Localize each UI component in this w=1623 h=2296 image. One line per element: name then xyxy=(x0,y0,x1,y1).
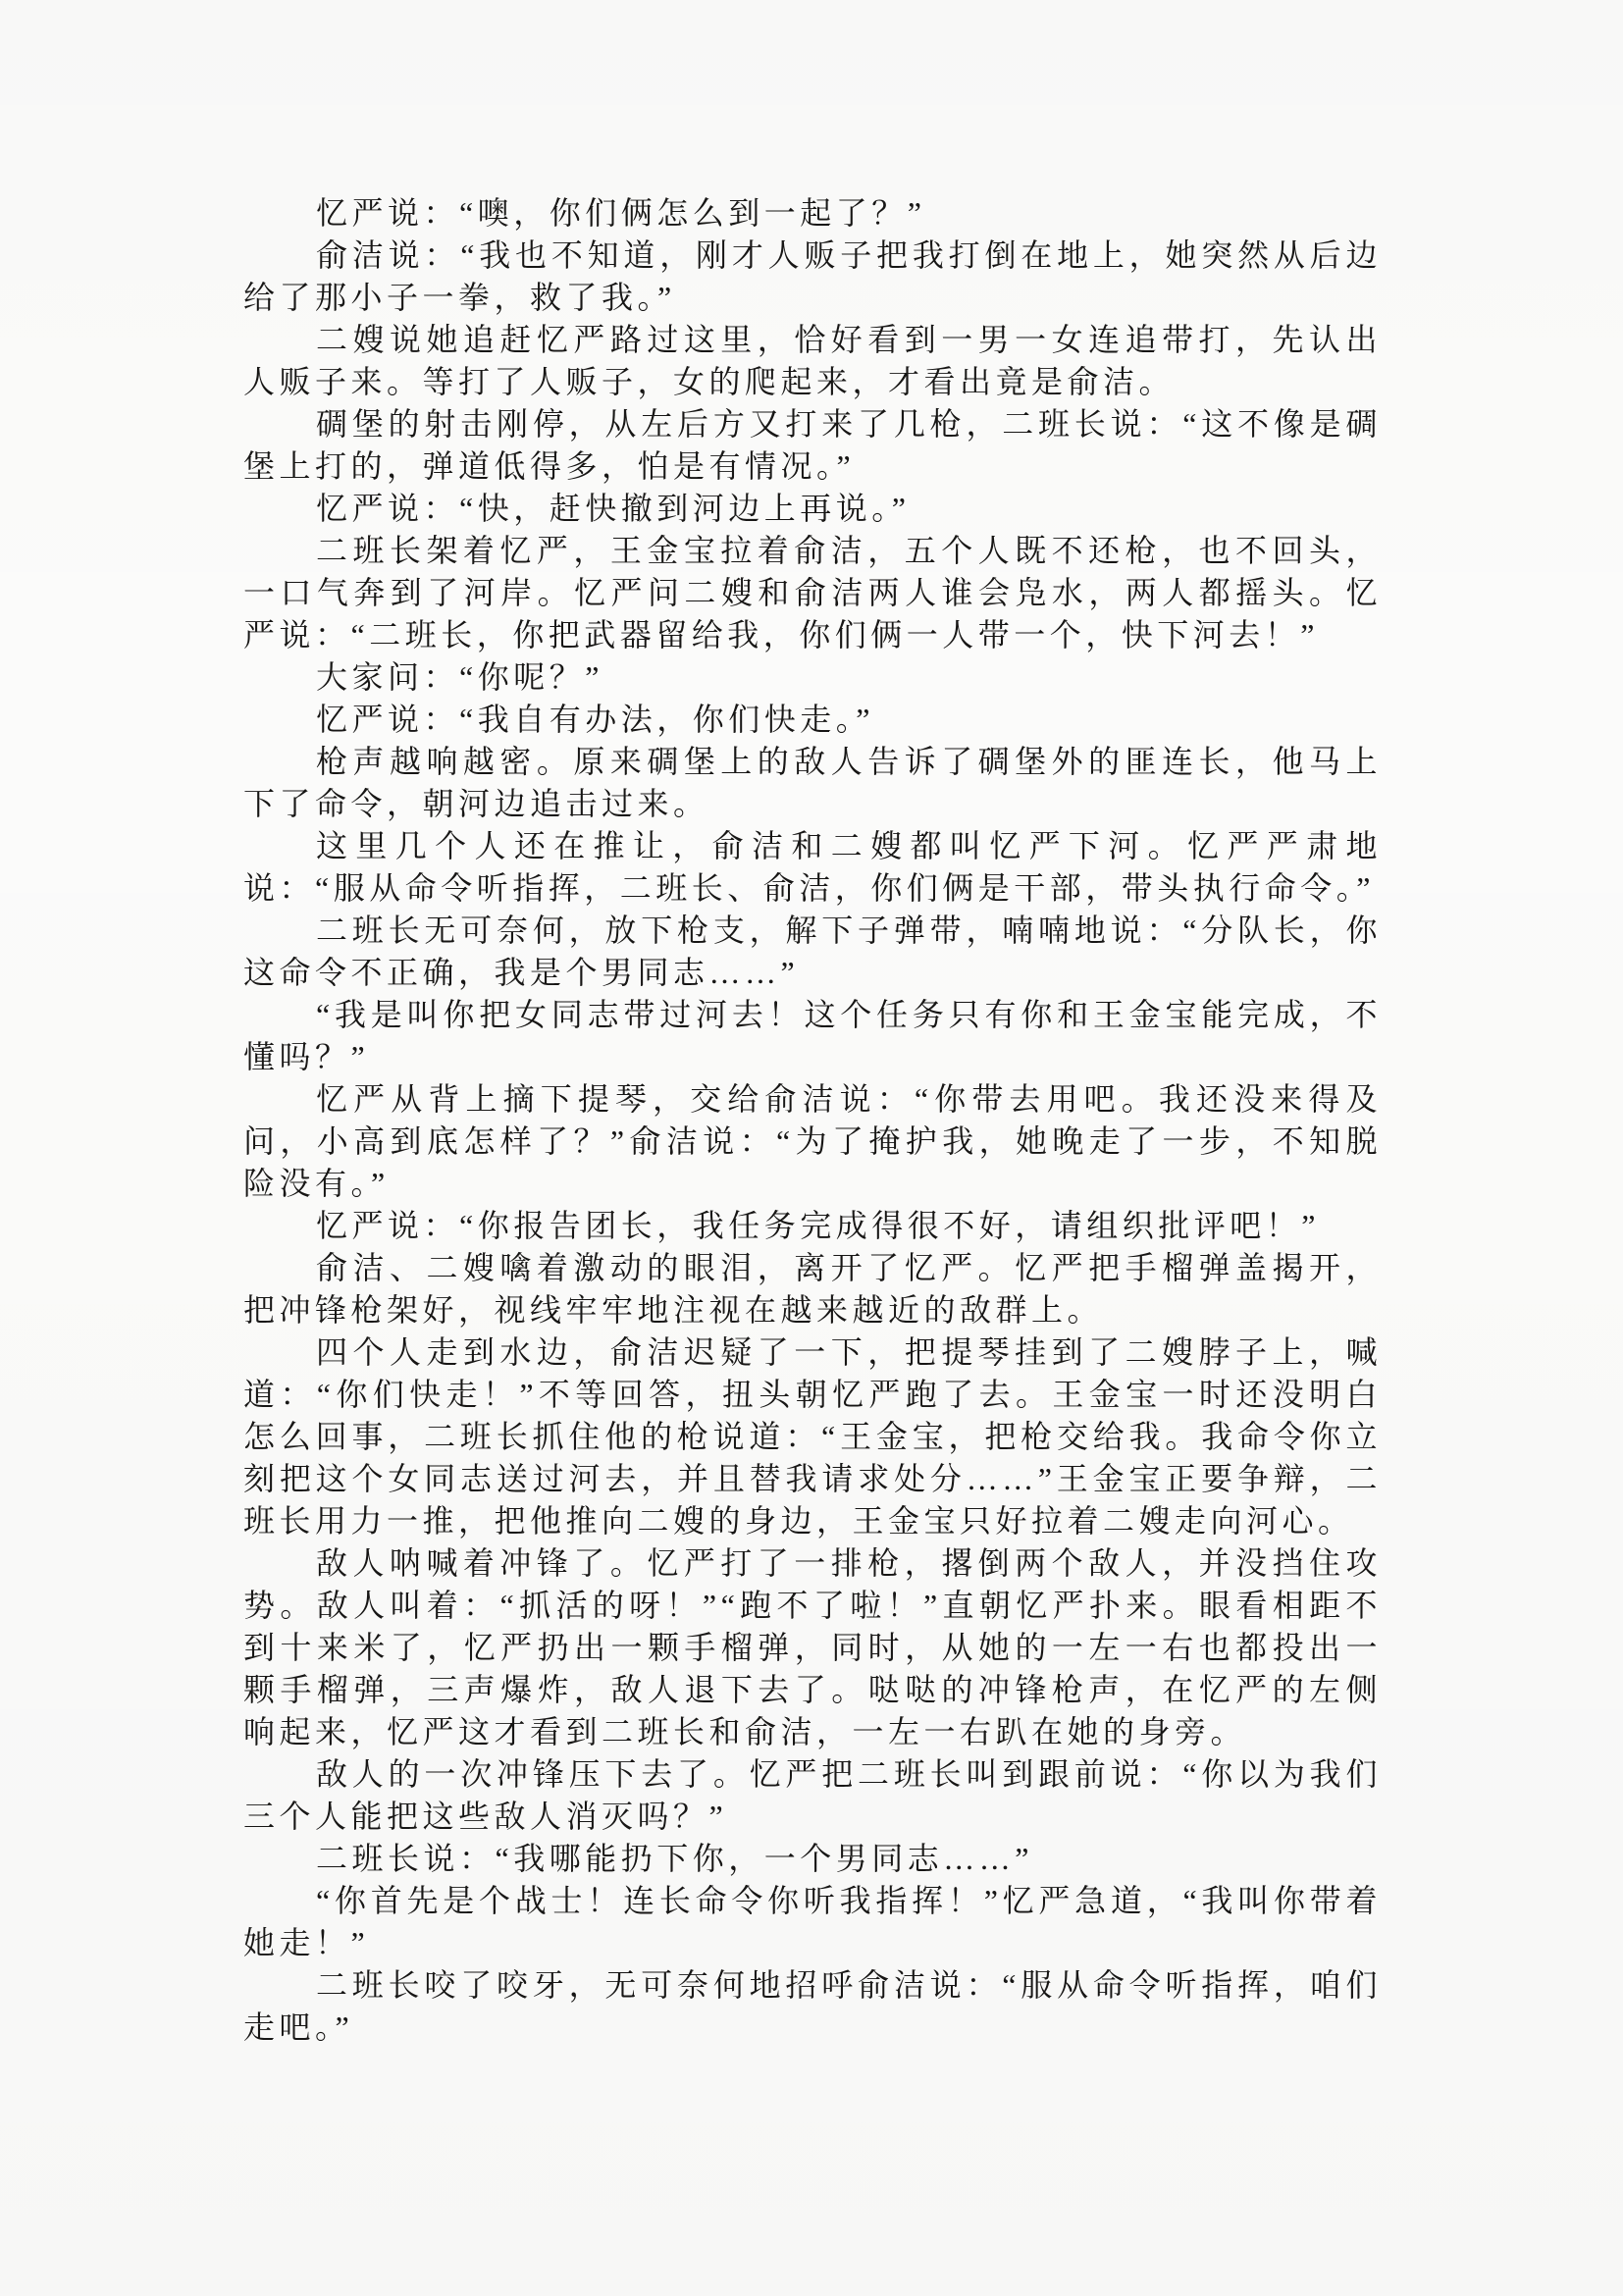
paragraph: 忆严说：“我自有办法，你们快走。” xyxy=(243,699,1382,741)
paragraph: 二班长无可奈何，放下枪支，解下子弹带，喃喃地说：“分队长，你这命令不正确，我是个… xyxy=(243,910,1382,994)
paragraph: 二班长说：“我哪能扔下你，一个男同志……” xyxy=(243,1838,1382,1880)
paragraph: 忆严说：“你报告团长，我任务完成得很不好，请组织批评吧！” xyxy=(243,1205,1382,1247)
paragraph: 枪声越响越密。原来碉堡上的敌人告诉了碉堡外的匪连长，他马上下了命令，朝河边追击过… xyxy=(243,741,1382,825)
paragraph: 四个人走到水边，俞洁迟疑了一下，把提琴挂到了二嫂脖子上，喊道：“你们快走！”不等… xyxy=(243,1331,1382,1542)
paragraph: 俞洁说：“我也不知道，刚才人贩子把我打倒在地上，她突然从后边给了那小子一拳，救了… xyxy=(243,235,1382,319)
text-block: 忆严说：“噢，你们俩怎么到一起了？”俞洁说：“我也不知道，刚才人贩子把我打倒在地… xyxy=(243,192,1382,2049)
paragraph: 碉堡的射击刚停，从左后方又打来了几枪，二班长说：“这不像是碉堡上打的，弹道低得多… xyxy=(243,403,1382,488)
document-page: 忆严说：“噢，你们俩怎么到一起了？”俞洁说：“我也不知道，刚才人贩子把我打倒在地… xyxy=(0,0,1623,2296)
paragraph: 忆严从背上摘下提琴，交给俞洁说：“你带去用吧。我还没来得及问，小高到底怎样了？”… xyxy=(243,1078,1382,1205)
paragraph: 大家问：“你呢？” xyxy=(243,656,1382,699)
paragraph: 这里几个人还在推让，俞洁和二嫂都叫忆严下河。忆严严肃地说：“服从命令听指挥，二班… xyxy=(243,825,1382,910)
paragraph: “我是叫你把女同志带过河去！这个任务只有你和王金宝能完成，不懂吗？” xyxy=(243,994,1382,1078)
paragraph: 敌人呐喊着冲锋了。忆严打了一排枪，撂倒两个敌人，并没挡住攻势。敌人叫着：“抓活的… xyxy=(243,1542,1382,1753)
paragraph: 忆严说：“快，赶快撤到河边上再说。” xyxy=(243,488,1382,530)
paragraph: 敌人的一次冲锋压下去了。忆严把二班长叫到跟前说：“你以为我们三个人能把这些敌人消… xyxy=(243,1753,1382,1838)
paragraph: 二班长咬了咬牙，无可奈何地招呼俞洁说：“服从命令听指挥，咱们走吧。” xyxy=(243,1964,1382,2049)
paragraph: “你首先是个战士！连长命令你听我指挥！”忆严急道，“我叫你带着她走！” xyxy=(243,1880,1382,1964)
paragraph: 忆严说：“噢，你们俩怎么到一起了？” xyxy=(243,192,1382,235)
paragraph: 二班长架着忆严，王金宝拉着俞洁，五个人既不还枪，也不回头，一口气奔到了河岸。忆严… xyxy=(243,530,1382,656)
paragraph: 俞洁、二嫂噙着激动的眼泪，离开了忆严。忆严把手榴弹盖揭开，把冲锋枪架好，视线牢牢… xyxy=(243,1247,1382,1331)
paragraph: 二嫂说她追赶忆严路过这里，恰好看到一男一女连追带打，先认出人贩子来。等打了人贩子… xyxy=(243,319,1382,403)
